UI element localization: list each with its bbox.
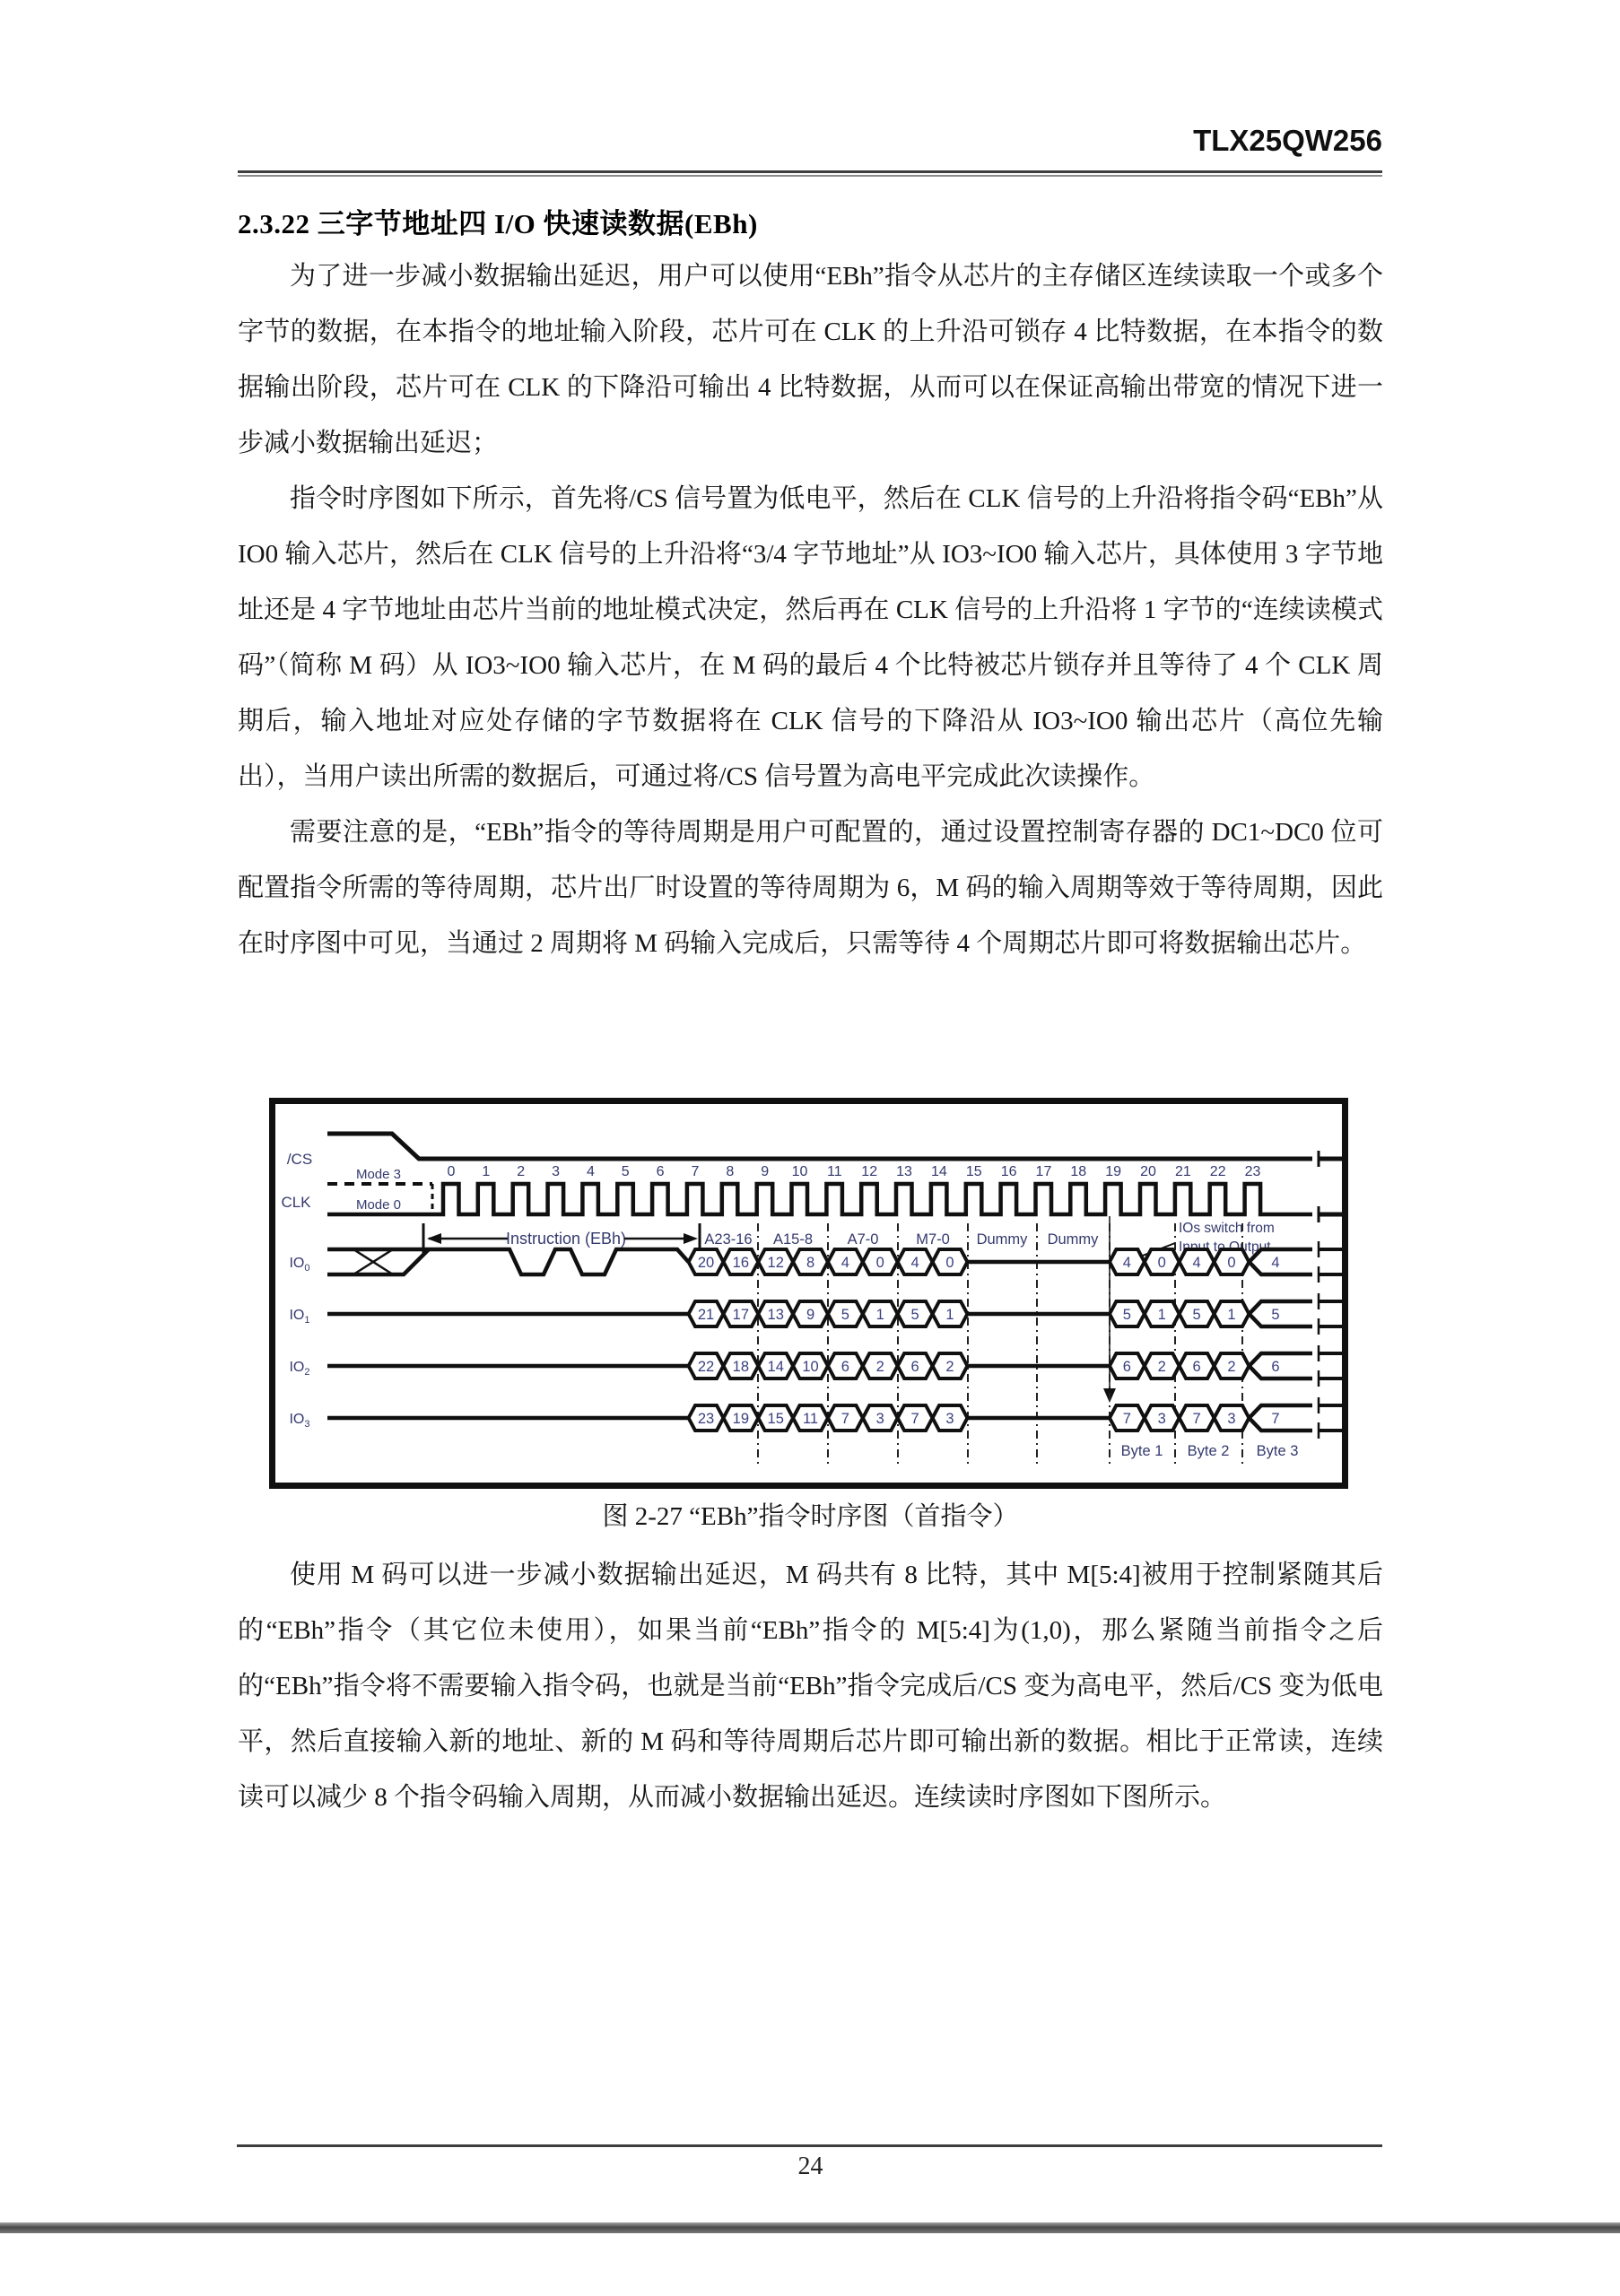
- svg-text:4: 4: [1193, 1255, 1201, 1271]
- svg-text:Dummy: Dummy: [977, 1231, 1029, 1248]
- svg-text:1: 1: [945, 1307, 954, 1323]
- svg-text:Dummy: Dummy: [1048, 1231, 1100, 1248]
- svg-text:A23-16: A23-16: [704, 1231, 752, 1248]
- svg-text:18: 18: [733, 1359, 749, 1375]
- svg-text:7: 7: [911, 1411, 919, 1427]
- svg-text:1: 1: [1158, 1307, 1166, 1323]
- svg-text:Mode 3: Mode 3: [356, 1167, 401, 1182]
- header-rule: [238, 170, 1382, 177]
- svg-text:Byte 1: Byte 1: [1121, 1443, 1163, 1459]
- bottom-separator-bar: [0, 2222, 1620, 2233]
- svg-text:10: 10: [802, 1359, 818, 1375]
- timing-diagram-figure: /CSCLKMode 3Mode 00123456789101112131415…: [269, 1098, 1348, 1489]
- svg-text:6: 6: [1193, 1359, 1201, 1375]
- svg-text:M7-0: M7-0: [916, 1231, 950, 1248]
- svg-text:A15-8: A15-8: [773, 1231, 813, 1248]
- svg-text:20: 20: [1140, 1164, 1156, 1179]
- svg-text:13: 13: [768, 1307, 784, 1323]
- svg-text:5: 5: [1271, 1307, 1279, 1323]
- svg-text:20: 20: [698, 1255, 714, 1271]
- svg-text:4: 4: [1123, 1255, 1131, 1271]
- svg-text:12: 12: [768, 1255, 784, 1271]
- svg-text:IO1: IO1: [289, 1308, 309, 1326]
- svg-text:14: 14: [931, 1164, 947, 1179]
- svg-text:3: 3: [945, 1411, 954, 1427]
- svg-text:7: 7: [1123, 1411, 1131, 1427]
- svg-text:1: 1: [876, 1307, 884, 1323]
- svg-text:0: 0: [448, 1164, 456, 1179]
- svg-text:5: 5: [622, 1164, 630, 1179]
- svg-text:23: 23: [1245, 1164, 1261, 1179]
- svg-text:4: 4: [911, 1255, 919, 1271]
- paragraph-2: 指令时序图如下所示，首先将/CS 信号置为低电平，然后在 CLK 信号的上升沿将…: [238, 471, 1383, 804]
- svg-text:10: 10: [792, 1164, 808, 1179]
- svg-text:0: 0: [1227, 1255, 1235, 1271]
- svg-text:Mode 0: Mode 0: [356, 1197, 401, 1213]
- svg-text:23: 23: [698, 1411, 714, 1427]
- document-page: TLX25QW256 2.3.22 三字节地址四 I/O 快速读数据(EBh) …: [0, 0, 1620, 2296]
- paragraph-4: 使用 M 码可以进一步减小数据输出延迟，M 码共有 8 比特，其中 M[5:4]…: [238, 1547, 1383, 1825]
- svg-text:11: 11: [827, 1164, 842, 1179]
- svg-text:8: 8: [726, 1164, 734, 1179]
- svg-text:Byte 2: Byte 2: [1188, 1443, 1230, 1459]
- svg-text:1: 1: [482, 1164, 490, 1179]
- svg-text:7: 7: [841, 1411, 849, 1427]
- svg-text:5: 5: [911, 1307, 919, 1323]
- svg-text:15: 15: [966, 1164, 982, 1179]
- svg-text:IO2: IO2: [289, 1360, 309, 1378]
- svg-text:IO3: IO3: [289, 1412, 309, 1430]
- svg-text:0: 0: [876, 1255, 884, 1271]
- svg-text:Byte 3: Byte 3: [1257, 1443, 1299, 1459]
- svg-text:22: 22: [1210, 1164, 1226, 1179]
- svg-text:2: 2: [945, 1359, 954, 1375]
- svg-text:7: 7: [1271, 1411, 1279, 1427]
- svg-text:5: 5: [1123, 1307, 1131, 1323]
- svg-text:21: 21: [1175, 1164, 1191, 1179]
- svg-text:0: 0: [1158, 1255, 1166, 1271]
- svg-text:8: 8: [806, 1255, 814, 1271]
- svg-text:Instruction (EBh): Instruction (EBh): [506, 1230, 626, 1248]
- body-text-block-1: 为了进一步减小数据输出延迟，用户可以使用“EBh”指令从芯片的主存储区连续读取一…: [238, 248, 1383, 971]
- svg-text:3: 3: [552, 1164, 560, 1179]
- svg-text:2: 2: [1227, 1359, 1235, 1375]
- svg-text:13: 13: [896, 1164, 912, 1179]
- figure-caption: 图 2-27 “EBh”指令时序图（首指令）: [238, 1496, 1383, 1533]
- svg-text:IO0: IO0: [289, 1256, 309, 1274]
- svg-text:3: 3: [876, 1411, 884, 1427]
- svg-text:IOs switch from: IOs switch from: [1179, 1221, 1275, 1236]
- svg-text:3: 3: [1227, 1411, 1235, 1427]
- svg-text:19: 19: [1105, 1164, 1121, 1179]
- svg-text:2: 2: [1158, 1359, 1166, 1375]
- doc-number: TLX25QW256: [1193, 124, 1382, 158]
- svg-text:12: 12: [861, 1164, 877, 1179]
- svg-text:2: 2: [517, 1164, 525, 1179]
- paragraph-3: 需要注意的是，“EBh”指令的等待周期是用户可配置的，通过设置控制寄存器的 DC…: [238, 804, 1383, 971]
- svg-text:7: 7: [1193, 1411, 1201, 1427]
- svg-text:A7-0: A7-0: [848, 1231, 879, 1248]
- svg-text:19: 19: [733, 1411, 749, 1427]
- svg-text:16: 16: [1001, 1164, 1017, 1179]
- svg-text:21: 21: [698, 1307, 714, 1323]
- svg-text:4: 4: [587, 1164, 595, 1179]
- svg-text:5: 5: [1193, 1307, 1201, 1323]
- page-number: 24: [238, 2152, 1383, 2181]
- svg-text:CLK: CLK: [281, 1194, 311, 1211]
- svg-text:6: 6: [1271, 1359, 1279, 1375]
- svg-text:17: 17: [733, 1307, 749, 1323]
- svg-text:9: 9: [761, 1164, 769, 1179]
- svg-text:4: 4: [841, 1255, 849, 1271]
- svg-text:22: 22: [698, 1359, 714, 1375]
- footer-rule: [237, 2144, 1382, 2147]
- svg-text:11: 11: [803, 1411, 818, 1427]
- svg-text:14: 14: [768, 1359, 784, 1375]
- svg-text:6: 6: [911, 1359, 919, 1375]
- svg-text:17: 17: [1036, 1164, 1052, 1179]
- svg-text:16: 16: [733, 1255, 749, 1271]
- paragraph-1: 为了进一步减小数据输出延迟，用户可以使用“EBh”指令从芯片的主存储区连续读取一…: [238, 248, 1383, 471]
- svg-text:1: 1: [1227, 1307, 1235, 1323]
- svg-text:2: 2: [876, 1359, 884, 1375]
- svg-text:6: 6: [841, 1359, 849, 1375]
- svg-text:7: 7: [691, 1164, 699, 1179]
- svg-text:6: 6: [657, 1164, 665, 1179]
- section-heading: 2.3.22 三字节地址四 I/O 快速读数据(EBh): [238, 201, 758, 241]
- svg-text:18: 18: [1070, 1164, 1086, 1179]
- svg-text:/CS: /CS: [287, 1151, 312, 1168]
- svg-text:9: 9: [806, 1307, 814, 1323]
- timing-diagram-svg: /CSCLKMode 3Mode 00123456789101112131415…: [269, 1098, 1348, 1489]
- svg-text:5: 5: [841, 1307, 849, 1323]
- svg-text:4: 4: [1271, 1255, 1279, 1271]
- svg-text:15: 15: [768, 1411, 784, 1427]
- svg-text:0: 0: [945, 1255, 954, 1271]
- svg-text:6: 6: [1123, 1359, 1131, 1375]
- body-text-block-2: 使用 M 码可以进一步减小数据输出延迟，M 码共有 8 比特，其中 M[5:4]…: [238, 1547, 1383, 1825]
- svg-text:3: 3: [1158, 1411, 1166, 1427]
